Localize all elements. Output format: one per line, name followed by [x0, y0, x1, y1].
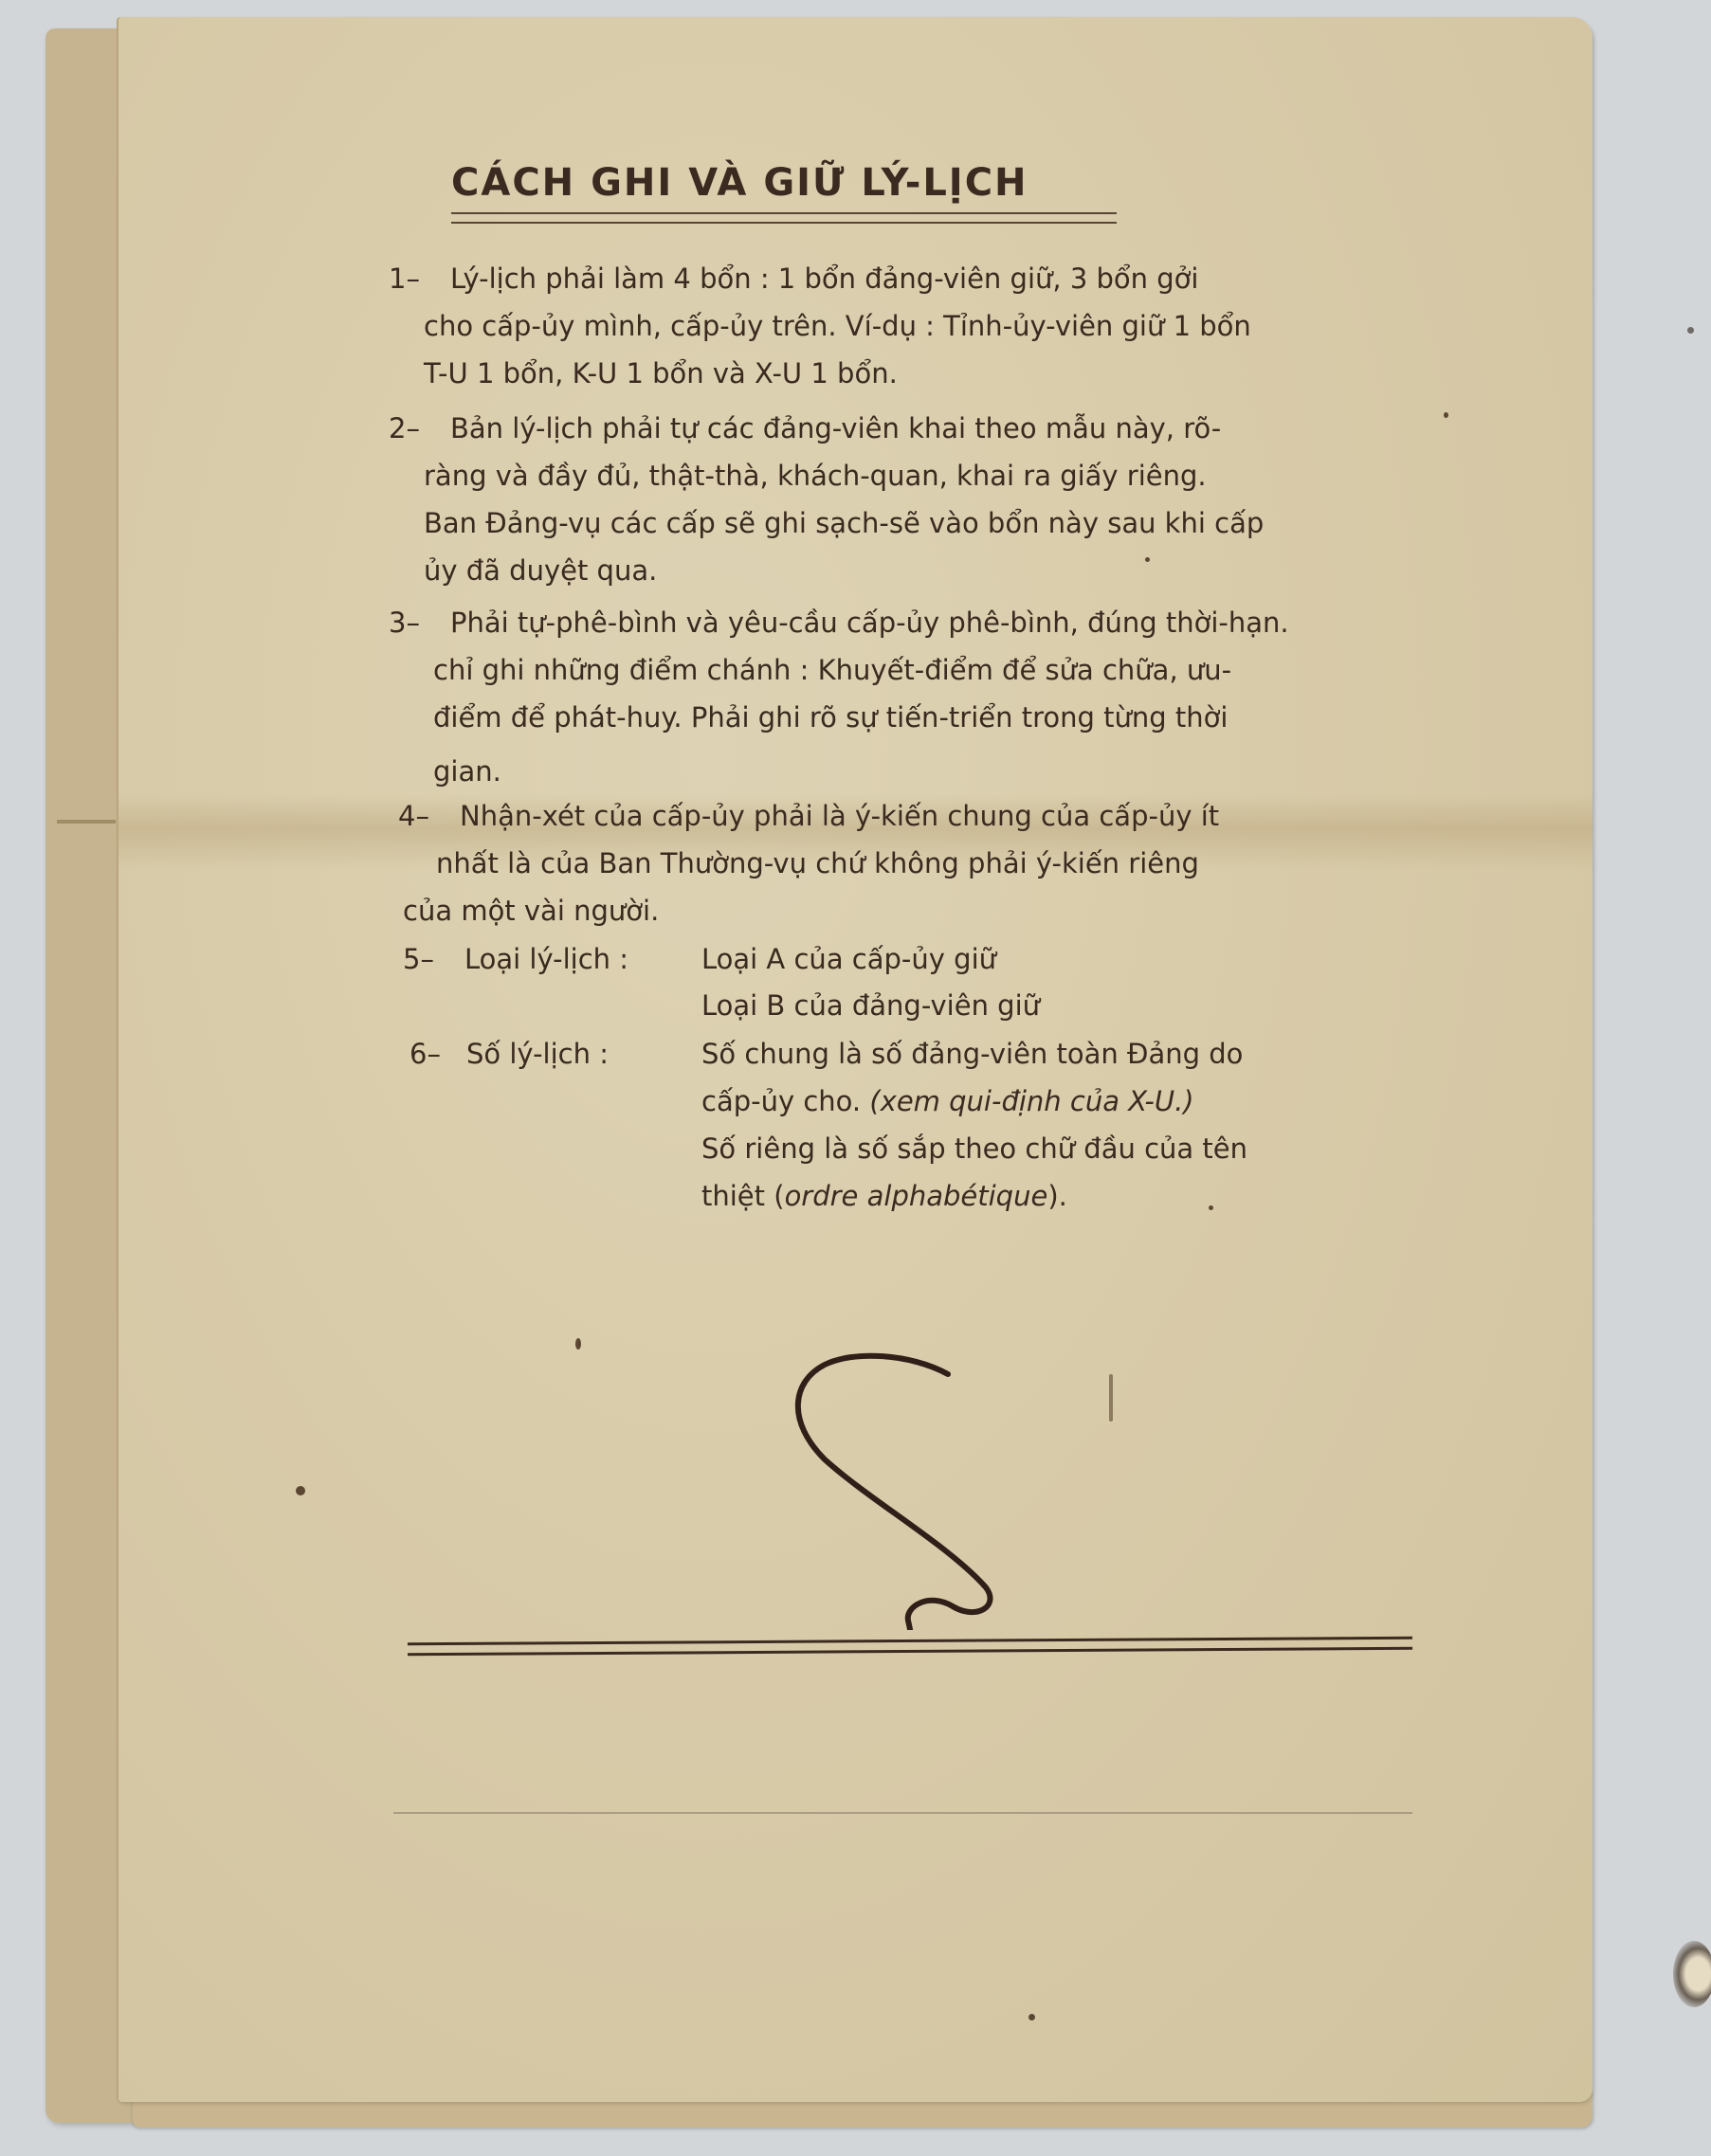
- item-2-line-1: Bản lý-lịch phải tự các đảng-viên khai t…: [450, 406, 1221, 452]
- item-3-number: 3–: [389, 600, 420, 646]
- item-5-type-b: Loại B của đảng-viên giữ: [701, 983, 1040, 1029]
- item-6-line-4-end: ).: [1047, 1180, 1067, 1212]
- item-1-line-3: T-U 1 bổn, K-U 1 bổn và X-U 1 bổn.: [424, 351, 898, 397]
- item-2-line-2: ràng và đầy đủ, thật-thà, khách-quan, kh…: [424, 453, 1207, 499]
- double-horizontal-rule: [408, 1637, 1412, 1656]
- handwritten-signature-icon: [787, 1336, 1014, 1630]
- ink-speck: [575, 1338, 581, 1350]
- item-6-number: 6–: [410, 1031, 441, 1078]
- item-3-line-1: Phải tự-phê-bình và yêu-cầu cấp-ủy phê-b…: [450, 600, 1289, 646]
- item-4-line-2: nhất là của Ban Thường-vụ chứ không phải…: [436, 841, 1199, 887]
- faint-bleed-through-line: [393, 1812, 1412, 1814]
- background-speck: [1687, 327, 1694, 334]
- item-4-number: 4–: [398, 793, 429, 840]
- item-1-number: 1–: [389, 256, 420, 302]
- document-content: CÁCH GHI VÀ GIỮ LÝ-LỊCH 1– Lý-lịch phải …: [0, 0, 1711, 2156]
- item-6-line-1: Số chung là số đảng-viên toàn Đảng do: [701, 1031, 1243, 1078]
- item-5-number: 5–: [403, 936, 434, 983]
- title-double-underline: [451, 212, 1117, 224]
- item-6-line-4: thiệt (ordre alphabétique).: [701, 1173, 1067, 1220]
- item-3-line-3: điểm để phát-huy. Phải ghi rõ sự tiến-tr…: [433, 695, 1228, 741]
- item-4-line-1: Nhận-xét của cấp-ủy phải là ý-kiến chung…: [460, 793, 1219, 840]
- ink-mark: [1109, 1374, 1113, 1422]
- item-5-label: Loại lý-lịch :: [464, 936, 628, 983]
- item-3-line-2: chỉ ghi những điểm chánh : Khuyết-điểm đ…: [433, 647, 1231, 694]
- item-2-number: 2–: [389, 406, 420, 452]
- item-6-line-2-text: cấp-ủy cho.: [701, 1085, 861, 1117]
- item-1-line-1: Lý-lịch phải làm 4 bổn : 1 bổn đảng-viên…: [450, 256, 1198, 302]
- item-4-line-3: của một vài người.: [403, 888, 659, 934]
- item-1-line-2: cho cấp-ủy mình, cấp-ủy trên. Ví-dụ : Tỉ…: [424, 303, 1251, 350]
- item-6-french-term: ordre alphabétique: [785, 1180, 1048, 1212]
- ink-speck: [1145, 557, 1150, 562]
- item-6-line-3: Số riêng là số sắp theo chữ đầu của tên: [701, 1126, 1247, 1172]
- ink-speck: [296, 1486, 305, 1495]
- item-2-line-3: Ban Đảng-vụ các cấp sẽ ghi sạch-sẽ vào b…: [424, 500, 1264, 547]
- ink-speck: [1209, 1205, 1213, 1210]
- item-6-line-4-start: thiệt (: [701, 1180, 785, 1212]
- item-3-line-4: gian.: [433, 749, 501, 795]
- item-6-label: Số lý-lịch :: [466, 1031, 609, 1078]
- page-title: CÁCH GHI VÀ GIỮ LÝ-LỊCH: [451, 161, 1028, 205]
- item-5-type-a: Loại A của cấp-ủy giữ: [701, 936, 996, 983]
- item-6-line-2: cấp-ủy cho. (xem qui-định của X-U.): [701, 1078, 1194, 1125]
- ink-speck: [1028, 2014, 1035, 2020]
- item-2-line-4: ủy đã duyệt qua.: [424, 548, 657, 594]
- ink-speck: [1444, 412, 1448, 418]
- item-6-reference-note: (xem qui-định của X-U.): [869, 1085, 1193, 1117]
